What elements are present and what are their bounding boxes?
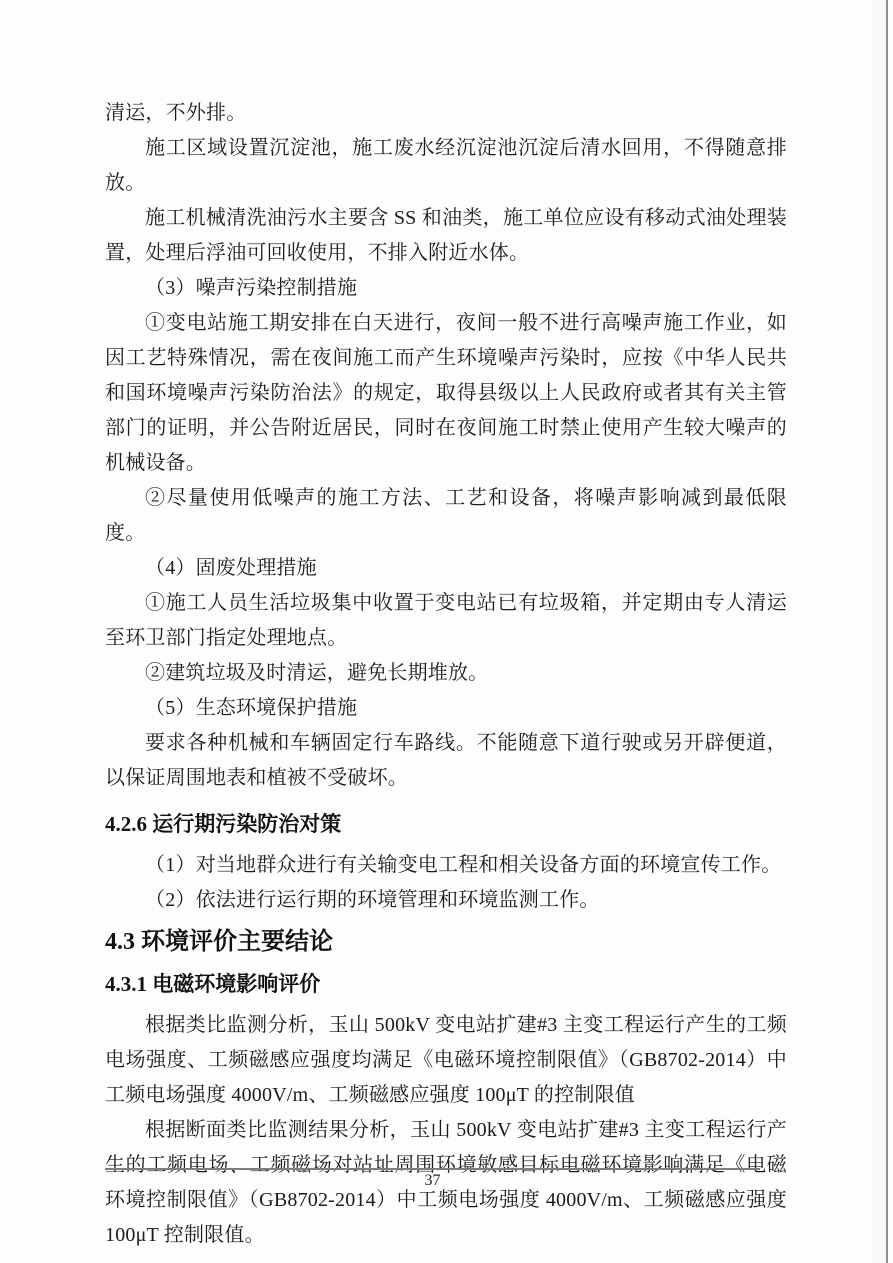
scan-artifact-line <box>886 0 888 1263</box>
page-content: 清运，不外排。 施工区域设置沉淀池，施工废水经沉淀池沉淀后清水回用，不得随意排放… <box>105 96 787 1253</box>
document-page: 清运，不外排。 施工区域设置沉淀池，施工废水经沉淀池沉淀后清水回用，不得随意排放… <box>0 0 893 1263</box>
section-heading-4-3: 4.3 环境评价主要结论 <box>105 920 787 964</box>
paragraph: 施工区域设置沉淀池，施工废水经沉淀池沉淀后清水回用，不得随意排放。 <box>105 131 787 201</box>
scan-edge-tint <box>872 0 886 1263</box>
paragraph: ①变电站施工期安排在白天进行，夜间一般不进行高噪声施工作业，如因工艺特殊情况，需… <box>105 306 787 481</box>
footer-divider <box>105 1168 760 1170</box>
list-item-heading-ecology: （5）生态环境保护措施 <box>105 691 787 726</box>
section-heading-4-3-1: 4.3.1 电磁环境影响评价 <box>105 964 787 1004</box>
paragraph: （1）对当地群众进行有关输变电工程和相关设备方面的环境宣传工作。 <box>105 848 787 883</box>
list-item-heading-noise: （3）噪声污染控制措施 <box>105 271 787 306</box>
paragraph: 根据类比监测分析，玉山 500kV 变电站扩建#3 主变工程运行产生的工频电场强… <box>105 1008 787 1113</box>
list-item-heading-solid-waste: （4）固废处理措施 <box>105 551 787 586</box>
section-heading-4-2-6: 4.2.6 运行期污染防治对策 <box>105 804 787 844</box>
paragraph-continuation: 清运，不外排。 <box>105 96 787 131</box>
paragraph: 施工机械清洗油污水主要含 SS 和油类，施工单位应设有移动式油处理装置，处理后浮… <box>105 201 787 271</box>
paragraph: ②建筑垃圾及时清运，避免长期堆放。 <box>105 656 787 691</box>
paragraph: ②尽量使用低噪声的施工方法、工艺和设备，将噪声影响减到最低限度。 <box>105 481 787 551</box>
paragraph: （2）依法进行运行期的环境管理和环境监测工作。 <box>105 883 787 918</box>
paragraph: 要求各种机械和车辆固定行车路线。不能随意下道行驶或另开辟便道，以保证周围地表和植… <box>105 726 787 796</box>
page-number: 37 <box>105 1171 760 1191</box>
paragraph: ①施工人员生活垃圾集中收置于变电站已有垃圾箱，并定期由专人清运至环卫部门指定处理… <box>105 586 787 656</box>
